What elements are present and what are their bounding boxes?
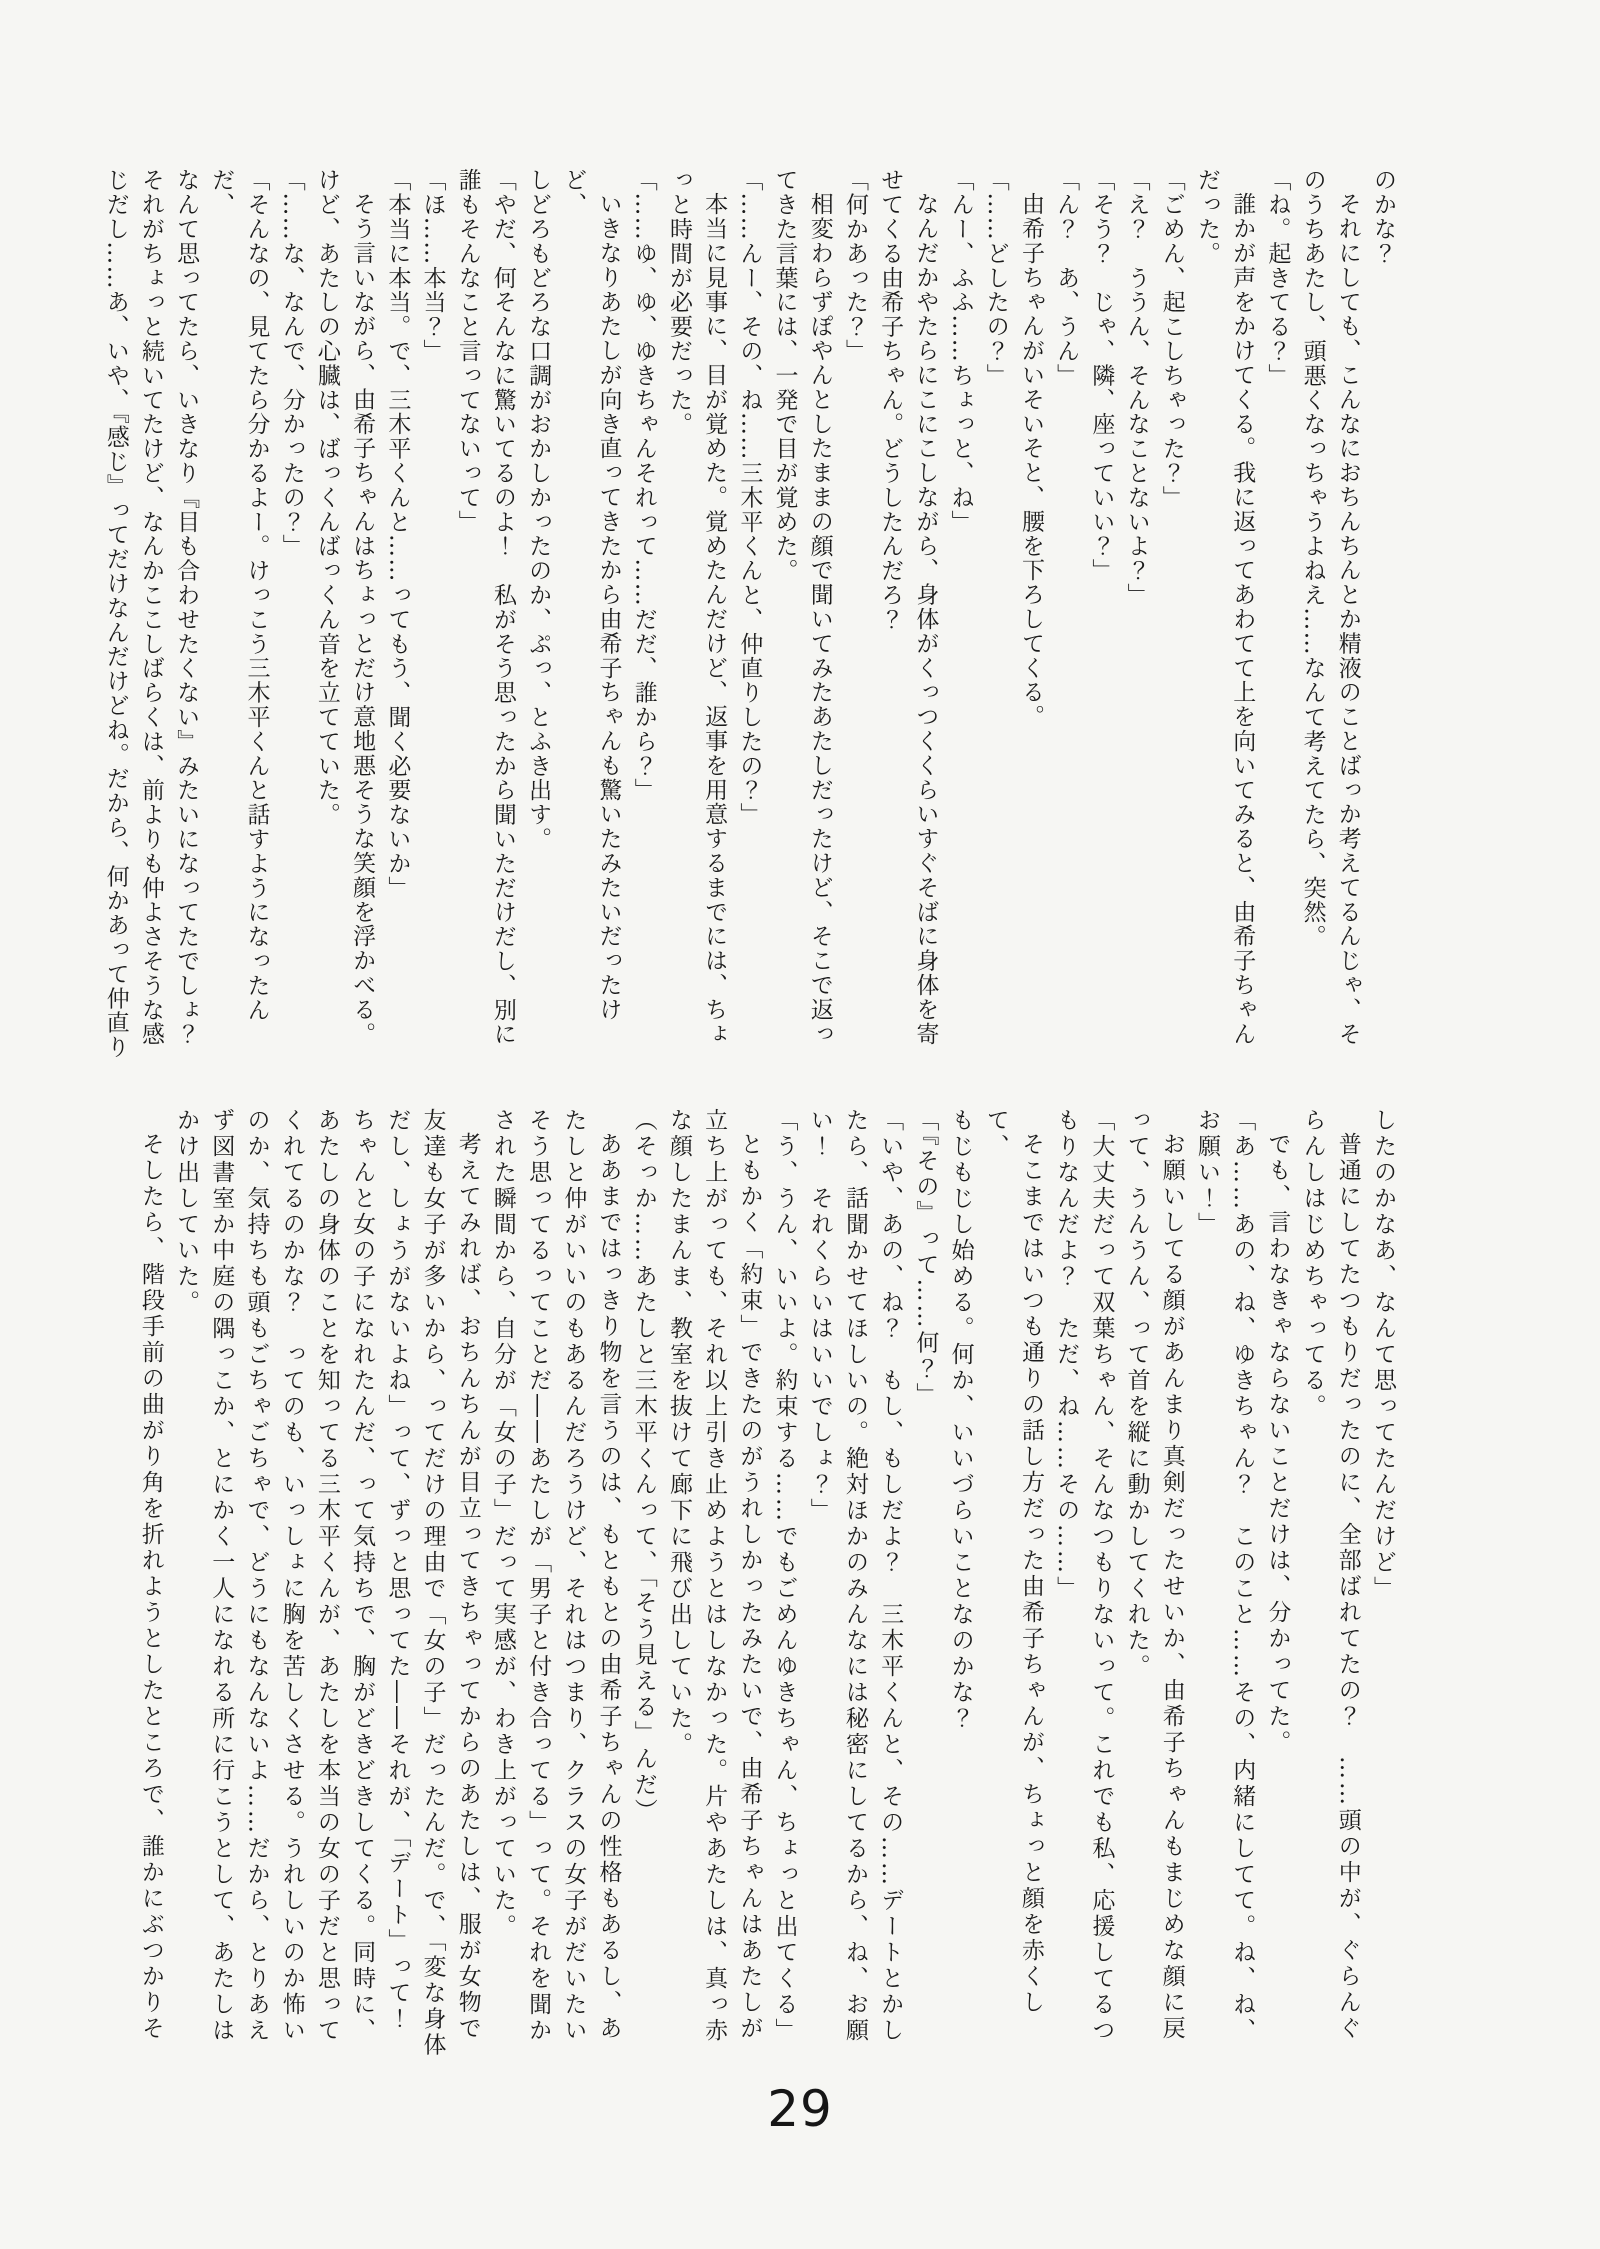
text-column: 立ち上がっても、それ以上引き止めようとはしなかった。片やあたしは、真っ赤 xyxy=(696,1108,731,2066)
text-column: 由希子ちゃんがいそいそと、腰を下ろしてくる。 xyxy=(1013,168,1048,1070)
text-column: 「ごめん、起こしちゃった？」 xyxy=(1154,168,1189,1070)
text-column: 「んー、ふふ……ちょっと、ね」 xyxy=(942,168,977,1070)
text-column: いきなりあたしが向き直ってきたから由希子ちゃんも驚いたみたいだったけど、 xyxy=(555,168,625,1070)
text-column: 「え？ ううん、そんなことないよ？」 xyxy=(1118,168,1153,1070)
text-column: （そっか……あたしと三木平くんって、「そう見える」んだ） xyxy=(626,1108,661,2066)
text-column: 「ほ……本当？」 xyxy=(414,168,449,1070)
text-column: 「そんなの、見てたら分かるよー。けっこう三木平くんと話すようになったんだ、 xyxy=(203,168,273,1070)
text-column: それがちょっと続いてたけど、なんかここしばらくは、前よりも仲よさそうな感 xyxy=(133,168,168,1070)
text-column: けど、あたしの心臓は、ばっくんばっくん音を立てていた。 xyxy=(309,168,344,1070)
text-column: のうちあたし、頭悪くなっちゃうよねえ……なんて考えてたら、突然。 xyxy=(1294,168,1329,1070)
text-column: 「ね。起きてる？」 xyxy=(1259,168,1294,1070)
text-column: 相変わらずぽやんとしたままの顔で聞いてみたあたしだったけど、そこで返っ xyxy=(802,168,837,1070)
text-column: い！ それくらいはいいでしょ？」 xyxy=(802,1108,837,2066)
text-column: 「ん？ あ、うん」 xyxy=(1048,168,1083,1070)
text-column: 考えてみれば、おちんちんが目立ってきちゃってからのあたしは、服が女物で xyxy=(450,1108,485,2066)
text-column: お願いしてる顔があんまり真剣だったせいか、由希子ちゃんもまじめな顔に戻 xyxy=(1154,1108,1189,2066)
text-column: そこまではいつも通りの話し方だった由希子ちゃんが、ちょっと顔を赤くして、 xyxy=(978,1108,1048,2066)
text-column: もりなんだよ？ ただ、ね……その……」 xyxy=(1048,1108,1083,2066)
text-column: って、うんうん、って首を縦に動かしてくれた。 xyxy=(1118,1108,1153,2066)
text-column: お願い！」 xyxy=(1189,1108,1224,2066)
text-column: された瞬間から、自分が「女の子」だって実感が、わき上がっていた。 xyxy=(485,1108,520,2066)
text-column: ず図書室か中庭の隅っこか、とにかく一人になれる所に行こうとして、あたしは xyxy=(203,1108,238,2066)
text-column: 誰かが声をかけてくる。我に返ってあわてて上を向いてみると、由希子ちゃん xyxy=(1224,168,1259,1070)
text-column: ともかく「約束」できたのがうれしかったみたいで、由希子ちゃんはあたしが xyxy=(731,1108,766,2066)
text-column: 友達も女子が多いから、ってだけの理由で「女の子」だったんだ。で、「変な身体 xyxy=(414,1108,449,2066)
text-column: だった。 xyxy=(1189,168,1224,1070)
text-column: だし、しょうがないよね」って、ずっと思ってた――それが、「デート」って！ xyxy=(379,1108,414,2066)
text-column: なんだかやたらにこにこしながら、身体がくっつくくらいすぐそばに身体を寄 xyxy=(907,168,942,1070)
text-column: じだし……あ、いや、『感じ』ってだけなんだけどね。だから、何かあって仲直り xyxy=(97,168,132,1070)
text-column: そしたら、階段手前の曲がり角を折れようとしたところで、誰かにぶつかりそ xyxy=(133,1108,168,2066)
text-column: っと時間が必要だった。 xyxy=(661,168,696,1070)
text-block-bottom: したのかなあ、なんて思ってたんだけど」普通にしてたつもりだったのに、全部ばれてた… xyxy=(133,1108,1400,2066)
text-column: たら、話聞かせてほしいの。絶対ほかのみんなには秘密にしてるから、ね、お願 xyxy=(837,1108,872,2066)
text-column: ちゃんと女の子になれたんだ、って気持ちで、胸がどきどきしてくる。同時に、 xyxy=(344,1108,379,2066)
text-column: のか、気持ちも頭もごちゃごちゃで、どうにもなんないよ……だから、とりあえ xyxy=(238,1108,273,2066)
text-column: したのかなあ、なんて思ってたんだけど」 xyxy=(1365,1108,1400,2066)
text-column: 「……どしたの？」 xyxy=(978,168,1013,1070)
text-column: 「……ゆ、ゆ、ゆきちゃんそれって……だだ、誰から？」 xyxy=(626,168,661,1070)
text-column: 「『その』って……何？」 xyxy=(907,1108,942,2066)
text-column: 「やだ、何そんなに驚いてるのよ！ 私がそう思ったから聞いただけだし、別に xyxy=(485,168,520,1070)
text-column: せてくる由希子ちゃん。どうしたんだろ？ xyxy=(872,168,907,1070)
text-column: でも、言わなきゃならないことだけは、分かってた。 xyxy=(1259,1108,1294,2066)
text-column: 本当に見事に、目が覚めた。覚めたんだけど、返事を用意するまでには、ちょ xyxy=(696,168,731,1070)
text-column: 「……んー、その、ね……三木平くんと、仲直りしたの？」 xyxy=(731,168,766,1070)
text-column: それにしても、こんなにおちんちんとか精液のことばっか考えてるんじゃ、そ xyxy=(1330,168,1365,1070)
text-column: たしと仲がいいのもあるんだろうけど、それはつまり、クラスの女子がだいたい xyxy=(555,1108,590,2066)
text-column: らんしはじめちゃってる。 xyxy=(1294,1108,1329,2066)
text-column: しどろもどろな口調がおかしかったのか、ぷっ、とふき出す。 xyxy=(520,168,555,1070)
text-block-top: のかな？それにしても、こんなにおちんちんとか精液のことばっか考えてるんじゃ、その… xyxy=(97,168,1400,1070)
text-column: くれてるのかな？ ってのも、いっしょに胸を苦しくさせる。うれしいのか怖い xyxy=(274,1108,309,2066)
page-number: 29 xyxy=(0,2080,1600,2138)
text-column: ああまではっきり物を言うのは、もともとの由希子ちゃんの性格もあるし、あ xyxy=(590,1108,625,2066)
text-column: 「そう？ じゃ、隣、座っていい？」 xyxy=(1083,168,1118,1070)
scanned-novel-page: のかな？それにしても、こんなにおちんちんとか精液のことばっか考えてるんじゃ、その… xyxy=(0,0,1600,2249)
text-column: 「本当に本当。で、三木平くんと……ってもう、聞く必要ないか」 xyxy=(379,168,414,1070)
text-column: 「……な、なんで、分かったの？」 xyxy=(274,168,309,1070)
text-column: かけ出していた。 xyxy=(168,1108,203,2066)
text-column: な顔したまんま、教室を抜けて廊下に飛び出していた。 xyxy=(661,1108,696,2066)
text-column: 「何かあった？」 xyxy=(837,168,872,1070)
text-column: 「う、うん、いいよ。約束する……でもごめんゆきちゃん、ちょっと出てくる」 xyxy=(766,1108,801,2066)
text-column: 「あ……あの、ね、ゆきちゃん？ このこと……その、内緒にしてて。ね、ね、 xyxy=(1224,1108,1259,2066)
text-column: なんて思ってたら、いきなり『目も合わせたくない』みたいになってたでしょ？ xyxy=(168,168,203,1070)
text-column: 「いや、あの、ね？ もし、もしだよ？ 三木平くんと、その……デートとかし xyxy=(872,1108,907,2066)
text-column: 誰もそんなこと言ってないって」 xyxy=(450,168,485,1070)
text-column: てきた言葉には、一発で目が覚めた。 xyxy=(766,168,801,1070)
text-column: もじもじし始める。何か、いいづらいことなのかな？ xyxy=(942,1108,977,2066)
text-column: のかな？ xyxy=(1365,168,1400,1070)
text-column: あたしの身体のことを知ってる三木平くんが、あたしを本当の女の子だと思って xyxy=(309,1108,344,2066)
text-column: 普通にしてたつもりだったのに、全部ばれてたの？ ……頭の中が、ぐらんぐ xyxy=(1330,1108,1365,2066)
text-column: 「大丈夫だって双葉ちゃん、そんなつもりないって。これでも私、応援してるつ xyxy=(1083,1108,1118,2066)
text-column: そう言いながら、由希子ちゃんはちょっとだけ意地悪そうな笑顔を浮かべる。 xyxy=(344,168,379,1070)
text-column: そう思ってるってことだ――あたしが「男子と付き合ってる」って。それを聞か xyxy=(520,1108,555,2066)
